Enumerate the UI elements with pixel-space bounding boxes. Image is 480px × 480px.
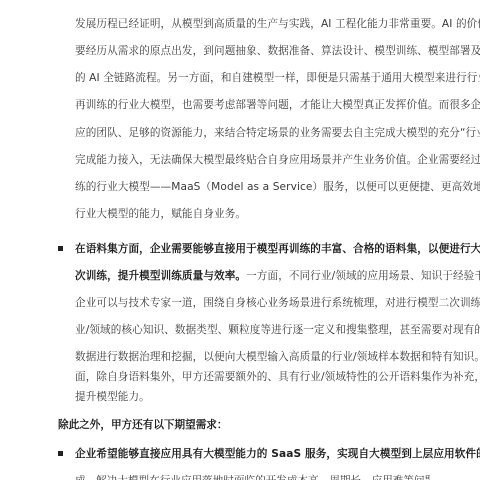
cutoff-line: 成，解决大模型在行业应用落地时面临的开发成本高、周期长、应用难等问题，加速大模型… — [75, 474, 430, 480]
document-page: 发展历程已经证明，从模型到高质量的生产与实践，AI 工程化能力非常重要。AI 的… — [0, 0, 480, 480]
bullet-line: 面，除自身语料集外，甲方还需要额外的、具有行业/领域特性的公开语料集作为补充，以… — [75, 370, 480, 384]
bullet-bold-line: 在语料集方面，企业需要能够直接用于模型再训练的丰富、合格的语料集，以便进行大模型… — [75, 242, 480, 256]
bullet-line: 业/领域的核心知识、数据类型、颗粒度等进行逐一定义和搜集整理，甚至需要对现有的数… — [75, 323, 480, 337]
bullet-bold-line: 企业希望能够直接应用具有大模型能力的 SaaS 服务，实现自大模型到上层应用软件… — [75, 447, 480, 461]
bullet-partial-text: 成，解决大模型在行业应用落地时面临的开发成本高、周期长、应用难等问题，加速大模型… — [75, 475, 430, 480]
bullet-bold-text: 次训练，提升模型训练质量与效率。 — [75, 270, 246, 282]
bullet-line: 提升模型能力。 — [75, 390, 150, 404]
bullet-line: 企业可以与技术专家一道，围绕自身核心业务场景进行系统梳理，对进行模型二次训练所需… — [75, 296, 480, 310]
section-heading: 除此之外，甲方还有以下期望需求： — [58, 418, 228, 432]
bullet-normal-text: 一方面，不同行业/领域的应用场景、知识于经验千差万别， — [246, 270, 480, 282]
paragraph-line: 要经历从需求的原点出发，到问题抽象、数据准备、算法设计、模型训练、模型部署及迭代… — [75, 44, 480, 58]
bullet-marker-icon — [58, 246, 63, 251]
bullet-mixed-line: 次训练，提升模型训练质量与效率。一方面，不同行业/领域的应用场景、知识于经验千差… — [75, 269, 480, 283]
bullet-line: 数据进行数据治理和挖掘，以便向大模型输入高质量的行业/领域样本数据和特有知识。另… — [75, 350, 480, 364]
bullet-marker-icon — [58, 451, 63, 456]
paragraph-line: 再训练的行业大模型，也需要考虑部署等问题，才能让大模型真正发挥价值。而很多企业缺… — [75, 98, 480, 112]
paragraph-line: 发展历程已经证明，从模型到高质量的生产与实践，AI 工程化能力非常重要。AI 的… — [75, 17, 480, 31]
paragraph-line: 行业大模型的能力，赋能自身业务。 — [75, 207, 246, 221]
paragraph-line: 的 AI 全链路流程。另一方面，和自建模型一样，即便是只需基于通用大模型来进行行… — [75, 71, 480, 85]
paragraph-line: 应的团队、足够的资源能力，来结合特定场景的业务需要去自主完成大模型的充分“行业化… — [75, 126, 480, 140]
paragraph-line: 练的行业大模型——MaaS（Model as a Service）服务，以便可以… — [75, 180, 480, 194]
paragraph-line: 完成能力接入，无法确保大模型最终贴合自身应用场景并产生业务价值。企业需要经过充分… — [75, 153, 480, 167]
